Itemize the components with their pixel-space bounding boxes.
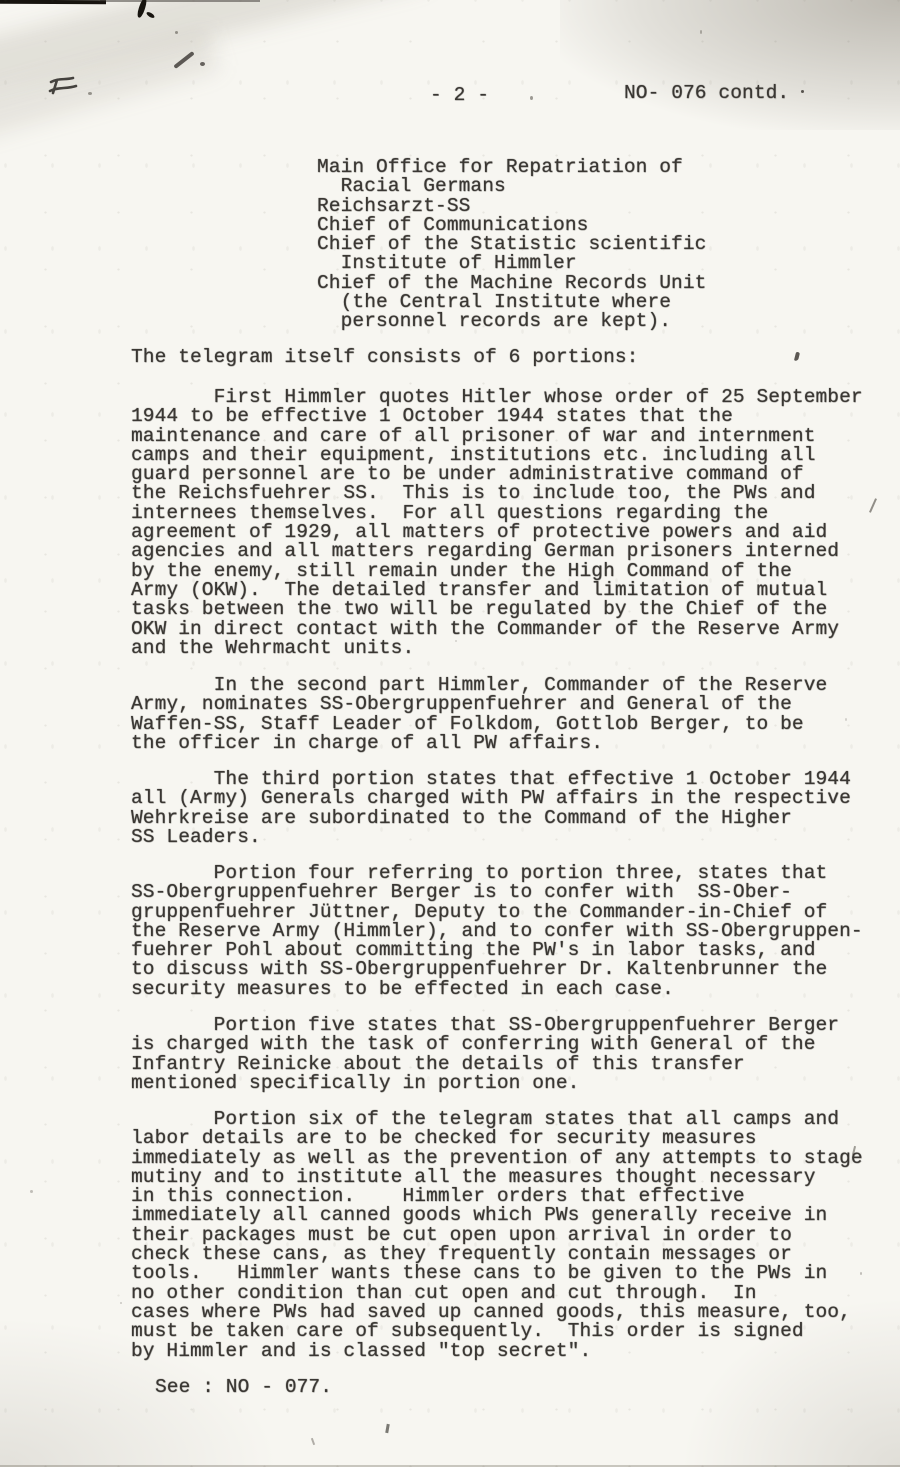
intro-line: The telegram itself consists of 6 portio…	[131, 348, 638, 367]
paper-speck	[845, 718, 847, 721]
scanned-document-page: - 2 - NO- 076 contd. Main Office for Rep…	[0, 0, 900, 1467]
paper-speck	[30, 1190, 33, 1193]
stray-tick-mark	[311, 1438, 315, 1445]
paragraph-portion-one: First Himmler quotes Hitler whose order …	[131, 388, 863, 658]
stray-comma-mark	[794, 352, 800, 362]
paragraph-portion-two: In the second part Himmler, Commander of…	[131, 676, 827, 753]
paper-speck	[530, 96, 533, 100]
scan-ink-hook-mark	[136, 0, 148, 18]
scan-smudge-band	[0, 0, 429, 106]
page-number: - 2 -	[430, 86, 489, 105]
paragraph-portion-four: Portion four referring to portion three,…	[131, 864, 863, 999]
address-block: Main Office for Repatriation of Racial G…	[317, 158, 706, 332]
scan-ink-hook-mark	[146, 11, 156, 19]
stray-dash-mark	[200, 62, 205, 66]
scan-smudge-band	[0, 30, 220, 156]
pencil-scribble	[48, 74, 80, 105]
paper-speck	[175, 31, 178, 34]
document-reference: NO- 076 contd.	[624, 84, 789, 103]
stray-apostrophe-mark	[385, 1424, 390, 1433]
paper-speck	[700, 30, 702, 34]
paragraph-portion-five: Portion five states that SS-Obergruppenf…	[131, 1016, 839, 1093]
paragraph-portion-three: The third portion states that effective …	[131, 770, 851, 847]
stray-dot-mark	[801, 90, 804, 93]
paragraph-portion-six: Portion six of the telegram states that …	[131, 1110, 863, 1361]
scan-grain-top-right	[560, 0, 900, 130]
paper-speck	[120, 1302, 122, 1304]
scan-top-edge-line	[100, 0, 260, 2]
stray-slash-mark	[869, 498, 877, 513]
stray-dash-mark	[173, 51, 194, 69]
scan-top-edge-line	[0, 0, 106, 4]
cross-reference-line: See : NO - 077.	[155, 1378, 332, 1397]
paper-speck	[88, 92, 92, 95]
